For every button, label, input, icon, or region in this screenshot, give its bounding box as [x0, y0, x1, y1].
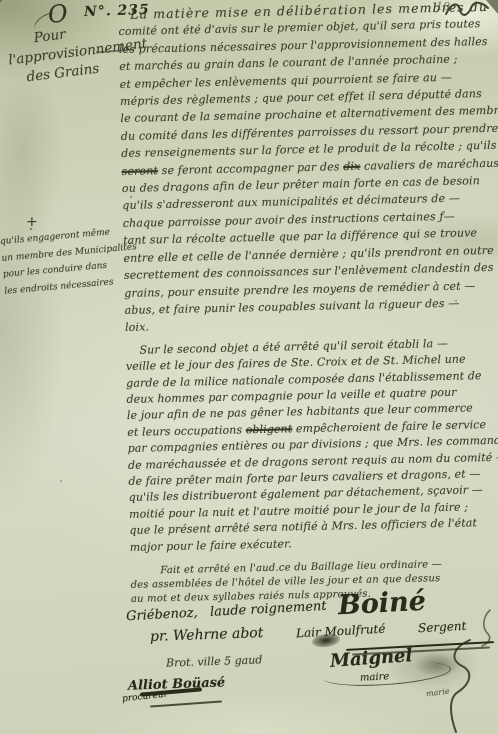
- text-run: empêcheroient de faire le service: [292, 418, 486, 435]
- manuscript-body: La matière mise en délibération les memb…: [118, 0, 498, 607]
- underline-stroke: [150, 700, 222, 707]
- text-run: et leurs occupations: [127, 423, 246, 439]
- insertion-mark: +: [26, 214, 38, 230]
- signature-boine: Boiné: [337, 586, 426, 622]
- signature-swash-icon: [440, 638, 480, 734]
- struck-word: dix: [343, 159, 360, 172]
- signature-wehrne: pr. Wehrne abot: [150, 625, 264, 645]
- paragraph-national-guard: Sur le second objet a été arrêté qu'il s…: [125, 334, 498, 555]
- text-run: cavaliers de maréchaussée: [360, 156, 498, 172]
- margin-note: qu'ils engageront mêmeun membre des Muni…: [0, 222, 140, 300]
- struck-word: obligent: [246, 422, 293, 436]
- margin-hook-icon: [478, 608, 494, 648]
- paper-specks: [0, 0, 2, 2]
- manuscript-page: O N°. 235 10. Pourl'approvisionnementdes…: [0, 0, 498, 734]
- text-run: se feront accompagner par des: [158, 160, 343, 177]
- struck-word: seront: [121, 164, 158, 178]
- signature-sergent: Sergent: [418, 619, 467, 636]
- signature-brot: Brot. ville 5 gaud: [166, 653, 263, 669]
- paragraph-grain-supply: La matière mise en délibération les memb…: [118, 0, 498, 337]
- signature-moulfrute: Lair Moulfruté: [296, 622, 386, 641]
